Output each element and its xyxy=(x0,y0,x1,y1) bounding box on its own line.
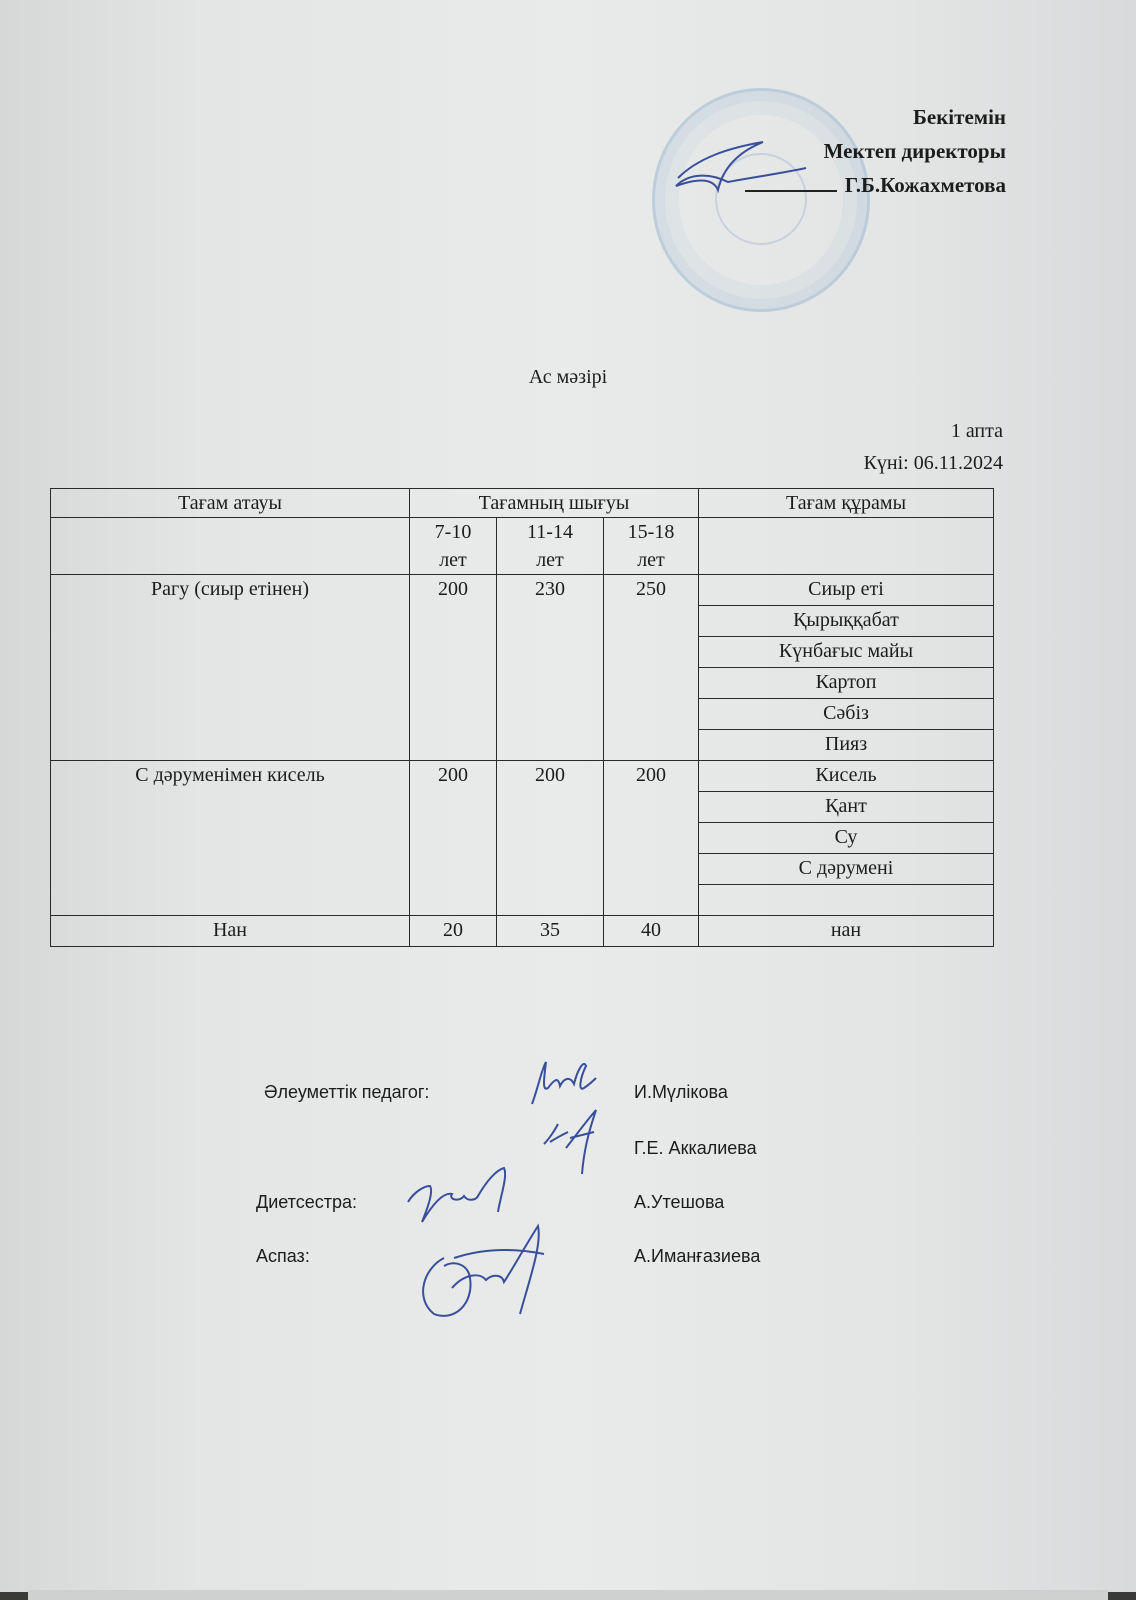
ingredient-cell xyxy=(699,885,994,916)
age-row-composition-empty xyxy=(699,518,994,575)
age-group-cell: 7-10лет xyxy=(410,518,497,575)
ingredient-cell: нан xyxy=(699,916,994,947)
portion-cell: 200 xyxy=(410,575,497,761)
portion-cell: 200 xyxy=(410,761,497,916)
portion-cell: 200 xyxy=(604,761,699,916)
dish-name: Нан xyxy=(51,916,410,947)
ingredient-cell: Күнбағыс майы xyxy=(699,637,994,668)
age-row-empty xyxy=(51,518,410,575)
date-label: Күні: 06.11.2024 xyxy=(864,452,1003,475)
age-group-cell: 15-18лет xyxy=(604,518,699,575)
page-edge xyxy=(28,1590,1108,1600)
header-output: Тағамның шығуы xyxy=(410,489,699,518)
approval-line-2: Мектеп директоры xyxy=(745,134,1006,168)
table-row: Нан203540нан xyxy=(51,916,994,947)
portion-cell: 230 xyxy=(497,575,604,761)
portion-cell: 250 xyxy=(604,575,699,761)
ingredient-cell: Кисель xyxy=(699,761,994,792)
ingredient-cell: Су xyxy=(699,823,994,854)
approval-block: Бекітемін Мектеп директоры Г.Б.Кожахмето… xyxy=(745,100,1006,202)
dish-name: С дәруменімен кисель xyxy=(51,761,410,916)
ingredient-cell: Қырыққабат xyxy=(699,606,994,637)
ingredient-cell: Сәбіз xyxy=(699,699,994,730)
page-title: Ас мәзірі xyxy=(0,366,1136,389)
header-composition: Тағам құрамы xyxy=(699,489,994,518)
director-name: Г.Б.Кожахметова xyxy=(845,173,1006,197)
ingredient-cell: Қант xyxy=(699,792,994,823)
ingredient-cell: Сиыр еті xyxy=(699,575,994,606)
ingredient-cell: Пияз xyxy=(699,730,994,761)
table-age-row: 7-10лет 11-14лет 15-18лет xyxy=(51,518,994,575)
table-row: С дәруменімен кисель200200200Кисель xyxy=(51,761,994,792)
week-label: 1 апта xyxy=(951,420,1003,443)
portion-cell: 20 xyxy=(410,916,497,947)
table-header-row: Тағам атауы Тағамның шығуы Тағам құрамы xyxy=(51,489,994,518)
menu-table: Тағам атауы Тағамның шығуы Тағам құрамы … xyxy=(50,488,994,947)
portion-cell: 35 xyxy=(497,916,604,947)
approval-line-1: Бекітемін xyxy=(745,100,1006,134)
ingredient-cell: С дәрумені xyxy=(699,854,994,885)
age-group-cell: 11-14лет xyxy=(497,518,604,575)
signature-line xyxy=(745,190,837,192)
dish-name: Рагу (сиыр етінен) xyxy=(51,575,410,761)
ingredient-cell: Картоп xyxy=(699,668,994,699)
portion-cell: 200 xyxy=(497,761,604,916)
portion-cell: 40 xyxy=(604,916,699,947)
table-row: Рагу (сиыр етінен)200230250Сиыр еті xyxy=(51,575,994,606)
header-dish-name: Тағам атауы xyxy=(51,489,410,518)
